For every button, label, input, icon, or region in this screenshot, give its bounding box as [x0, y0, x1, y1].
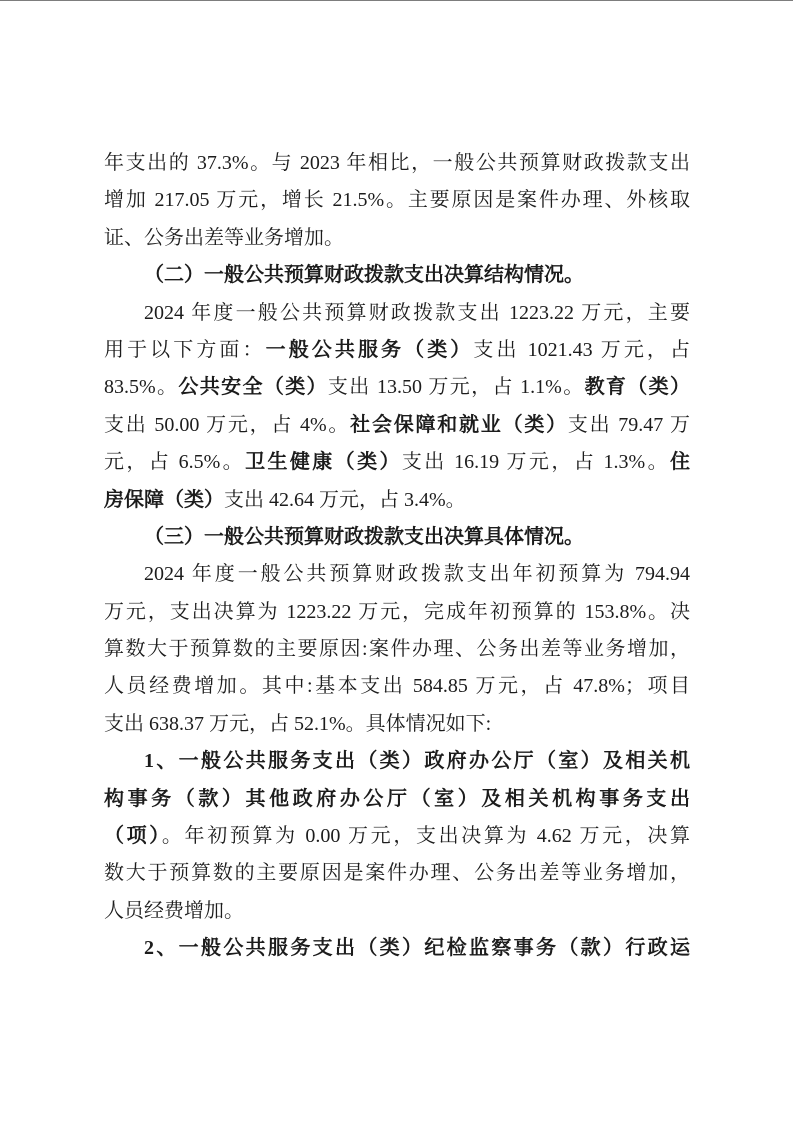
text-line: 用于以下方面：一般公共服务（类）支出 1021.43 万元，占 [104, 332, 690, 369]
text-run: 算数大于预算数的主要原因:案件办理、公务出差等业务增加， [104, 638, 690, 660]
section-heading: （二）一般公共预算财政拨款支出决算结构情况。 [104, 257, 690, 294]
text-run: （三）一般公共预算财政拨款支出决算具体情况。 [144, 526, 584, 548]
list-item-line: 2、一般公共服务支出（类）纪检监察事务（款）行政运 [104, 930, 690, 967]
text-line: 支出 50.00 万元，占 4%。社会保障和就业（类）支出 79.47 万 [104, 407, 690, 444]
text-run: 支出 42.64 万元，占 3.4%。 [224, 489, 466, 511]
text-run: 一般公共服务（类） [266, 339, 474, 361]
text-run: 支出 1021.43 万元，占 [473, 339, 690, 361]
document-body-text: 年支出的 37.3%。与 2023 年相比，一般公共预算财政拨款支出 增加 21… [104, 145, 690, 968]
text-run: 用于以下方面： [104, 339, 266, 361]
text-line: 增加 217.05 万元，增长 21.5%。主要原因是案件办理、外核取 [104, 182, 690, 219]
text-run: （二）一般公共预算财政拨款支出决算结构情况。 [144, 264, 584, 286]
text-run: 支出 50.00 万元，占 4%。 [104, 414, 350, 436]
text-run: 元，占 6.5%。 [104, 451, 245, 473]
text-run: 卫生健康（类） [245, 451, 402, 473]
text-run: 支出 79.47 万 [568, 414, 690, 436]
text-line: 2024 年度一般公共预算财政拨款支出 1223.22 万元，主要 [104, 295, 690, 332]
document-page: 年支出的 37.3%。与 2023 年相比，一般公共预算财政拨款支出 增加 21… [0, 0, 793, 1122]
text-run: 教育（类） [585, 376, 690, 398]
text-run: 支出 13.50 万元，占 1.1%。 [328, 376, 585, 398]
text-run: 2024 年度一般公共预算财政拨款支出 1223.22 万元，主要 [144, 302, 690, 324]
text-line: 2024 年度一般公共预算财政拨款支出年初预算为 794.94 [104, 556, 690, 593]
text-run: 1、一般公共服务支出（类）政府办公厅（室）及相关机 [144, 750, 690, 772]
text-line: 人员经费增加。 [104, 893, 690, 930]
text-line: 算数大于预算数的主要原因:案件办理、公务出差等业务增加， [104, 631, 690, 668]
list-item-line: 1、一般公共服务支出（类）政府办公厅（室）及相关机 [104, 743, 690, 780]
text-run: 证、公务出差等业务增加。 [104, 227, 344, 249]
text-run: 2、一般公共服务支出（类）纪检监察事务（款）行政运 [144, 937, 690, 959]
text-run: 。年初预算为 0.00 万元，支出决算为 4.62 万元，决算 [162, 825, 690, 847]
text-run: （项） [104, 825, 162, 847]
page-top-edge [0, 0, 793, 1]
text-run: 增加 217.05 万元，增长 21.5%。主要原因是案件办理、外核取 [104, 189, 690, 211]
text-line: 83.5%。公共安全（类）支出 13.50 万元，占 1.1%。教育（类） [104, 369, 690, 406]
text-line: 证、公务出差等业务增加。 [104, 220, 690, 257]
text-run: 社会保障和就业（类） [350, 414, 568, 436]
text-run: 支出 638.37 万元，占 52.1%。具体情况如下: [104, 713, 491, 735]
section-heading: （三）一般公共预算财政拨款支出决算具体情况。 [104, 519, 690, 556]
text-run: 住 [670, 451, 690, 473]
text-run: 人员经费增加。其中:基本支出 584.85 万元，占 47.8%；项目 [104, 675, 690, 697]
text-line: 人员经费增加。其中:基本支出 584.85 万元，占 47.8%；项目 [104, 668, 690, 705]
text-line: 支出 638.37 万元，占 52.1%。具体情况如下: [104, 706, 690, 743]
text-run: 年支出的 37.3%。与 2023 年相比，一般公共预算财政拨款支出 [104, 152, 690, 174]
text-line: 构事务（款）其他政府办公厅（室）及相关机构事务支出 [104, 781, 690, 818]
text-line: 年支出的 37.3%。与 2023 年相比，一般公共预算财政拨款支出 [104, 145, 690, 182]
text-run: 万元，支出决算为 1223.22 万元，完成年初预算的 153.8%。决 [104, 601, 690, 623]
text-line: 万元，支出决算为 1223.22 万元，完成年初预算的 153.8%。决 [104, 594, 690, 631]
text-line: 数大于预算数的主要原因是案件办理、公务出差等业务增加， [104, 855, 690, 892]
text-run: 人员经费增加。 [104, 900, 244, 922]
text-line: 房保障（类）支出 42.64 万元，占 3.4%。 [104, 482, 690, 519]
text-run: 数大于预算数的主要原因是案件办理、公务出差等业务增加， [104, 862, 690, 884]
text-run: 2024 年度一般公共预算财政拨款支出年初预算为 794.94 [144, 563, 690, 585]
text-run: 构事务（款）其他政府办公厅（室）及相关机构事务支出 [104, 788, 690, 810]
text-run: 房保障（类） [104, 489, 224, 511]
text-run: 83.5%。 [104, 376, 178, 398]
text-run: 支出 16.19 万元，占 1.3%。 [402, 451, 670, 473]
text-line: 元，占 6.5%。卫生健康（类）支出 16.19 万元，占 1.3%。住 [104, 444, 690, 481]
text-line: （项）。年初预算为 0.00 万元，支出决算为 4.62 万元，决算 [104, 818, 690, 855]
text-run: 公共安全（类） [178, 376, 328, 398]
